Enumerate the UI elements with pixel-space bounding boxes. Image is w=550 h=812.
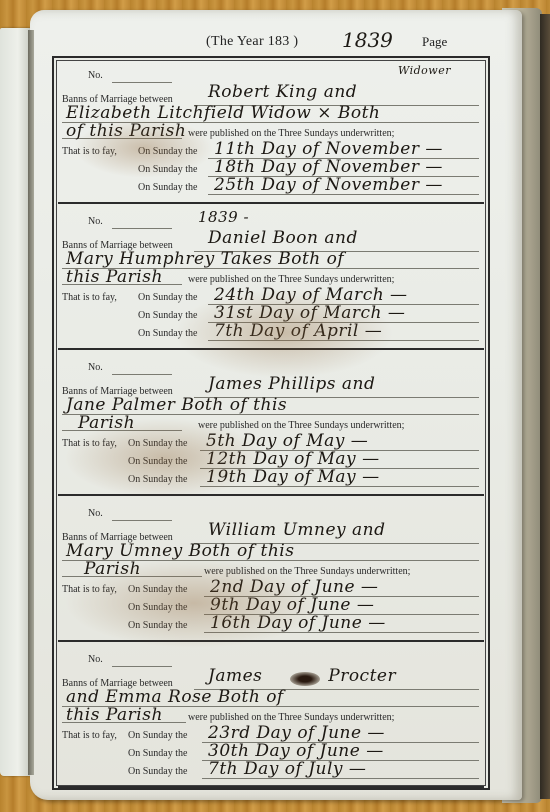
bride-line: Mary Umney Both of this [66,541,294,561]
book-gutter [28,30,34,775]
second-sunday: 31st Day of March — [214,303,405,323]
parish-line: Parish [84,559,141,579]
banns-entry: No. Banns of Marriage between James Proc… [58,646,484,788]
that-is-label: That is to fay, [62,730,117,741]
ink-blot [290,672,320,686]
first-sunday: 23rd Day of June — [208,723,385,743]
no-label: No. [88,216,103,227]
on-sunday-label: On Sunday the [128,730,187,741]
year-note: 1839 - [198,208,249,226]
on-sunday-label: On Sunday the [138,310,197,321]
first-sunday: 2nd Day of June — [210,577,378,597]
published-label: were published on the Three Sundays unde… [198,420,404,431]
parish-line: this Parish [66,705,163,725]
on-sunday-label: On Sunday the [128,766,187,777]
third-sunday: 19th Day of May — [206,467,380,487]
second-sunday: 18th Day of November — [214,157,443,177]
no-label: No. [88,70,103,81]
on-sunday-label: On Sunday the [128,602,187,613]
parish-line: of this Parish [66,121,186,141]
second-sunday: 30th Day of June — [208,741,384,761]
second-sunday: 9th Day of June — [210,595,374,615]
page-label: Page [422,34,447,50]
bride-line: and Emma Rose Both of [66,687,284,707]
book-cover-edge [540,14,550,799]
first-sunday: 24th Day of March — [214,285,408,305]
third-sunday: 16th Day of June — [210,613,386,633]
banns-entry: No. Banns of Marriage between James Phil… [58,354,484,496]
on-sunday-label: On Sunday the [138,328,197,339]
on-sunday-label: On Sunday the [128,438,187,449]
third-sunday: 25th Day of November — [214,175,443,195]
published-label: were published on the Three Sundays unde… [188,128,394,139]
banns-register-frame: No. Widower Banns of Marriage between Ro… [52,56,490,790]
third-sunday: 7th Day of April — [214,321,382,341]
on-sunday-label: On Sunday the [138,182,197,193]
that-is-label: That is to fay, [62,438,117,449]
published-label: were published on the Three Sundays unde… [204,566,410,577]
on-sunday-label: On Sunday the [138,146,197,157]
groom-line: Robert King and [208,82,357,102]
parish-line: this Parish [66,267,163,287]
on-sunday-label: On Sunday the [128,748,187,759]
on-sunday-label: On Sunday the [128,474,187,485]
third-sunday: 7th Day of July — [208,759,366,779]
banns-entry: No. 1839 - Banns of Marriage between Dan… [58,208,484,350]
left-facing-page [0,28,30,776]
published-label: were published on the Three Sundays unde… [188,712,394,723]
second-sunday: 12th Day of May — [206,449,380,469]
banns-entry: No. Banns of Marriage between William Um… [58,500,484,642]
groom-line: James Phillips and [208,374,375,394]
bride-line: Jane Palmer Both of this [66,395,287,415]
no-label: No. [88,508,103,519]
on-sunday-label: On Sunday the [128,620,187,631]
bride-line: Mary Humphrey Takes Both of [66,249,344,269]
groom-line: Daniel Boon and [208,228,358,248]
no-label: No. [88,654,103,665]
on-sunday-label: On Sunday the [128,456,187,467]
that-is-label: That is to fay, [62,292,117,303]
that-is-label: That is to fay, [62,146,117,157]
that-is-label: That is to fay, [62,584,117,595]
status-note: Widower [398,64,451,77]
on-sunday-label: On Sunday the [138,164,197,175]
handwritten-year: 1839 [342,28,393,52]
first-sunday: 11th Day of November — [214,139,443,159]
banns-entry: No. Widower Banns of Marriage between Ro… [58,62,484,204]
published-label: were published on the Three Sundays unde… [188,274,394,285]
first-sunday: 5th Day of May — [206,431,368,451]
parish-line: Parish [78,413,135,433]
bride-line: Elizabeth Litchfield Widow × Both [66,103,380,123]
on-sunday-label: On Sunday the [138,292,197,303]
on-sunday-label: On Sunday the [128,584,187,595]
register-page: (The Year 183 ) 1839 Page No. Widower Ba… [30,10,522,800]
groom-line: William Umney and [208,520,386,540]
printed-year-label: (The Year 183 ) [206,34,298,50]
no-label: No. [88,362,103,373]
